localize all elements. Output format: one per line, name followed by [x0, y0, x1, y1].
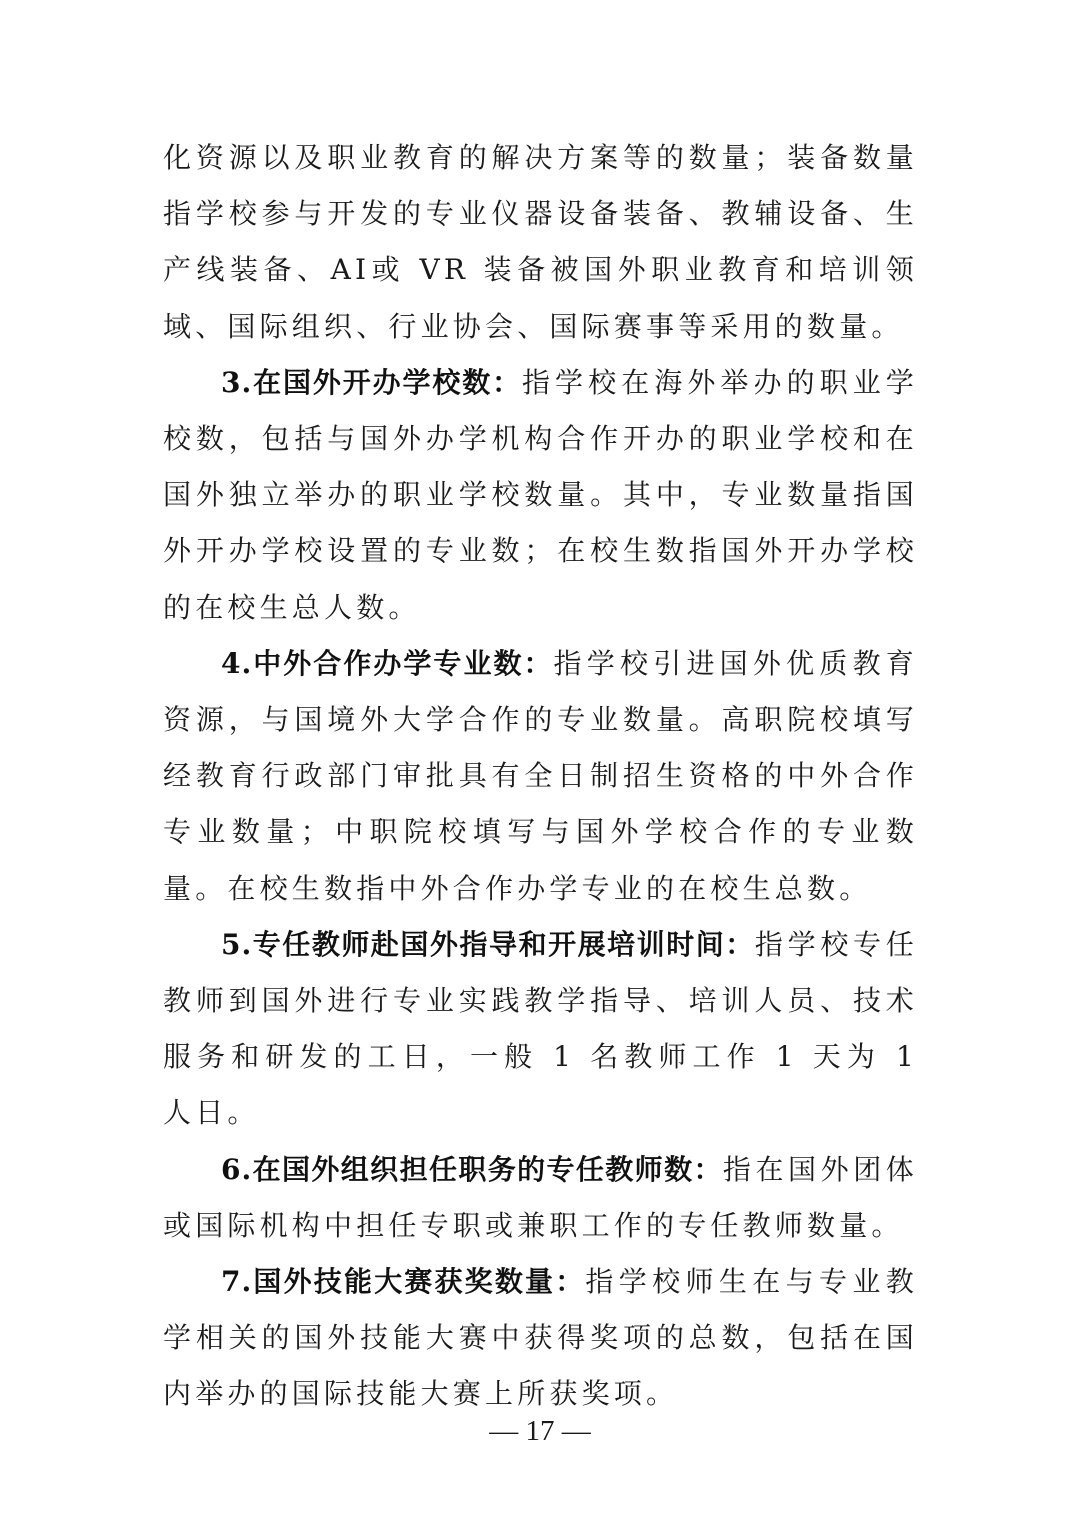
- term-heading: 4.中外合作办学专业数：: [221, 647, 554, 680]
- paragraph-item-4: 4.中外合作办学专业数：指学校引进国外优质教育资源，与国境外大学合作的专业数量。…: [163, 636, 918, 917]
- paragraph-item-7: 7.国外技能大赛获奖数量：指学校师生在与专业教学相关的国外技能大赛中获得奖项的总…: [163, 1254, 918, 1423]
- term-heading: 5.专任教师赴国外指导和开展培训时间：: [221, 928, 755, 961]
- paragraph-item-5: 5.专任教师赴国外指导和开展培训时间：指学校专任教师到国外进行专业实践教学指导、…: [163, 917, 918, 1142]
- document-page: 化资源以及职业教育的解决方案等的数量；装备数量指学校参与开发的专业仪器设备装备、…: [163, 130, 918, 1423]
- paragraph-continuation: 化资源以及职业教育的解决方案等的数量；装备数量指学校参与开发的专业仪器设备装备、…: [163, 130, 918, 355]
- term-heading: 7.国外技能大赛获奖数量：: [221, 1265, 585, 1298]
- paragraph-item-3: 3.在国外开办学校数：指学校在海外举办的职业学校数，包括与国外办学机构合作开办的…: [163, 355, 918, 636]
- term-heading: 6.在国外组织担任职务的专任教师数：: [221, 1153, 723, 1186]
- paragraph-text: 指学校在海外举办的职业学校数，包括与国外办学机构合作开办的职业学校和在国外独立举…: [163, 366, 918, 624]
- term-heading: 3.在国外开办学校数：: [221, 366, 522, 399]
- page-number: — 17 —: [0, 1415, 1080, 1448]
- paragraph-item-6: 6.在国外组织担任职务的专任教师数：指在国外团体或国际机构中担任专职或兼职工作的…: [163, 1142, 918, 1254]
- paragraph-text: 指学校引进国外优质教育资源，与国境外大学合作的专业数量。高职院校填写经教育行政部…: [163, 647, 918, 905]
- paragraph-text: 化资源以及职业教育的解决方案等的数量；装备数量指学校参与开发的专业仪器设备装备、…: [163, 141, 918, 343]
